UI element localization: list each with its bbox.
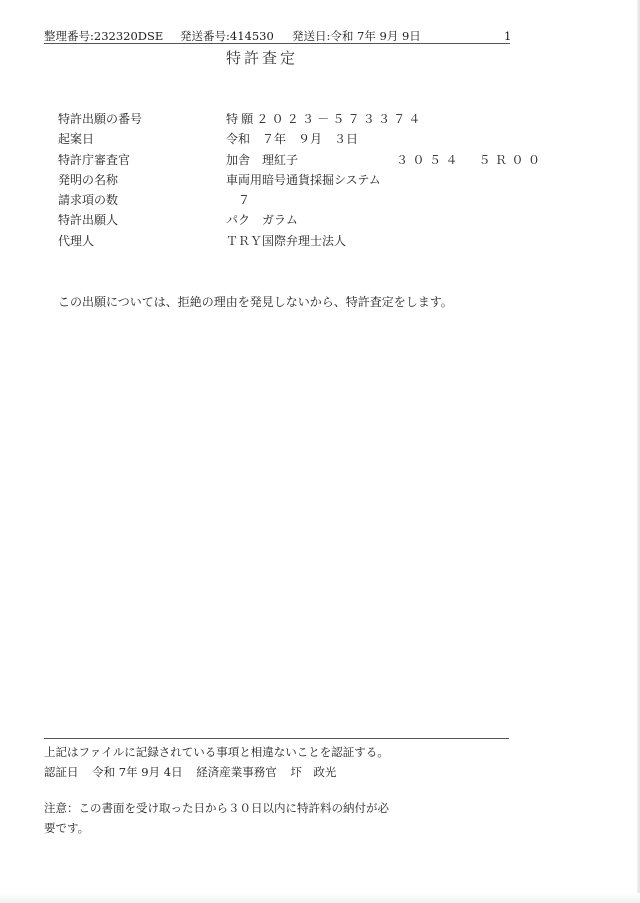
dispatch-date: 発送日:令和 7年 9月 9日: [292, 29, 421, 43]
agent-name: ＴＲＹ国際弁理士法人: [226, 231, 346, 251]
invention-title: 車両用暗号通貨採掘システム: [226, 170, 381, 190]
certification-date-row: 認証日 令和 7年 9月 4日 経済産業事務官 圷 政光: [44, 762, 389, 782]
info-label: 特許出願人: [58, 210, 118, 230]
drafting-date: 令和 ７年 ９月 ３日: [226, 129, 358, 149]
notice-line-1: 注意：この書面を受け取った日から３０日以内に特許料の納付が必: [44, 798, 389, 818]
dispatch-number: 発送番号:414530: [180, 29, 274, 43]
certification-footer: 上記はファイルに記録されている事項と相違ないことを認証する。 認証日 令和 7年…: [44, 742, 389, 838]
info-label: 特許庁審査官: [58, 150, 130, 170]
spacer: [44, 782, 389, 798]
info-label: 発明の名称: [58, 170, 118, 190]
application-number: 特願２０２３－５７３３７４: [226, 109, 424, 129]
notice-line-2: 要です。: [44, 818, 389, 838]
document-header: 整理番号:232320DSE 発送番号:414530 発送日:令和 7年 9月 …: [44, 29, 510, 44]
document-title: 特許査定: [226, 47, 298, 68]
cert-date-label: 認証日: [44, 765, 79, 779]
decision-statement: この出願については、拒絶の理由を発見しないから、特許査定をします。: [58, 293, 453, 310]
claim-count: ７: [226, 190, 250, 210]
cert-date: 令和 7年 9月 4日: [92, 765, 182, 779]
info-label: 起案日: [58, 129, 94, 149]
examiner-code: ３０５４ ５Ｒ００: [396, 150, 545, 170]
page-number: 1: [504, 29, 511, 43]
applicant-name: パク ガラム: [226, 210, 298, 230]
page-edge-bottom: [0, 893, 640, 903]
info-label: 特許出願の番号: [58, 109, 142, 129]
official-name: 圷 政光: [290, 765, 336, 779]
info-label: 代理人: [58, 231, 94, 251]
official-title: 経済産業事務官: [196, 765, 277, 779]
reference-number: 整理番号:232320DSE: [44, 29, 163, 43]
examiner-name: 加舎 理紅子: [226, 150, 298, 170]
info-label: 請求項の数: [58, 190, 118, 210]
certification-statement: 上記はファイルに記録されている事項と相違ないことを認証する。: [44, 742, 389, 762]
footer-divider: [44, 738, 509, 739]
